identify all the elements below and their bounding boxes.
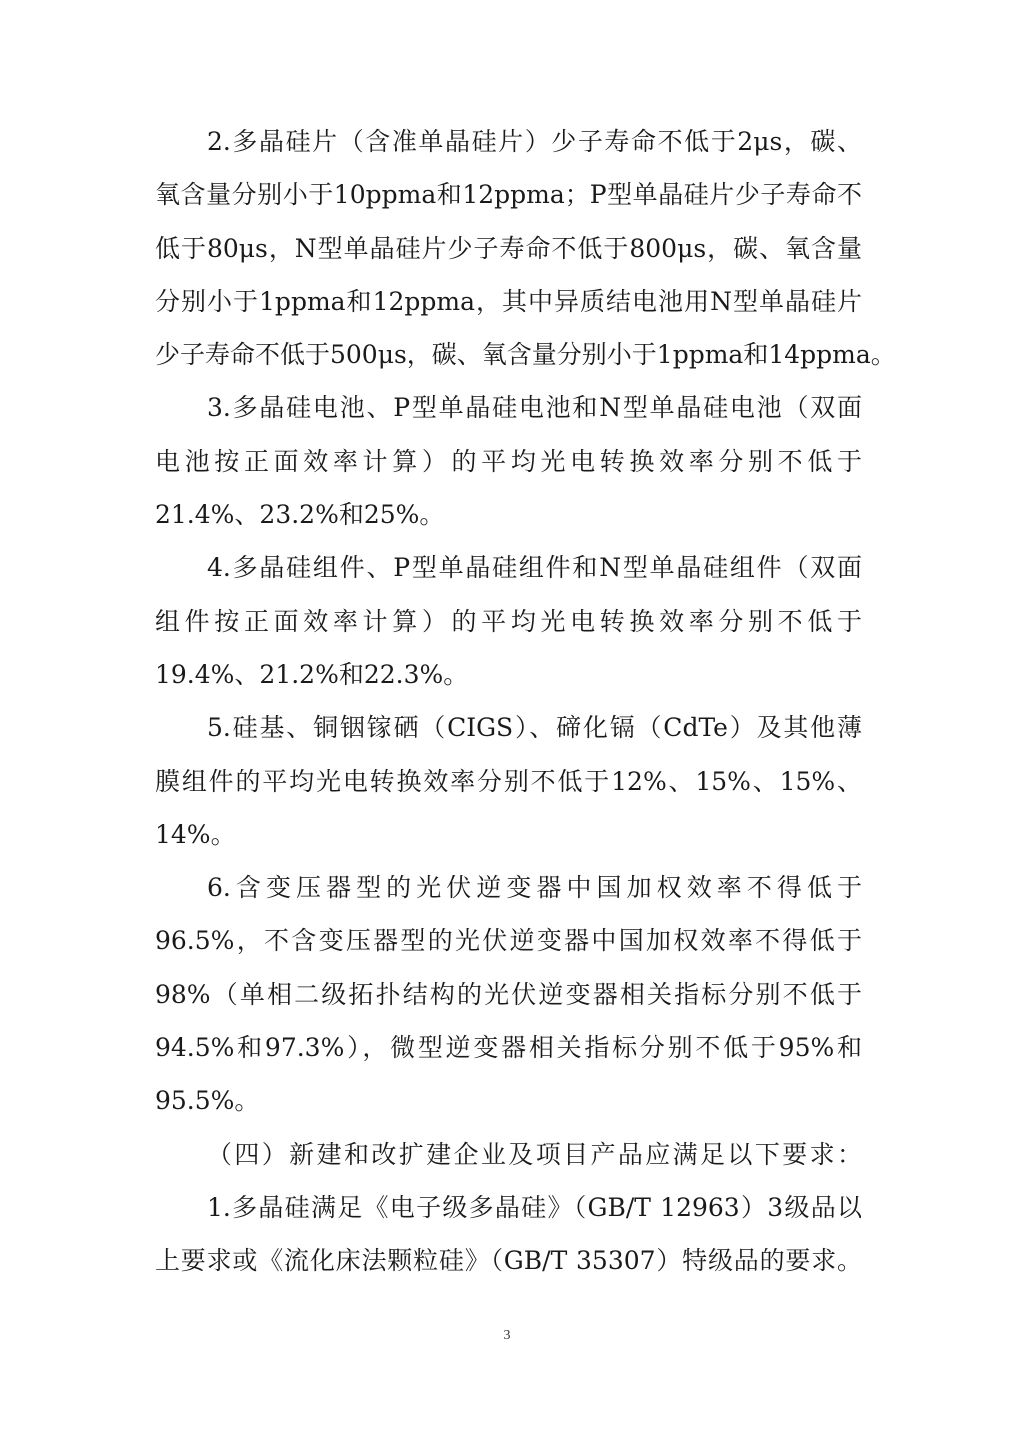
text-line: 19.4%、21.2%和22.3%。 <box>155 648 862 701</box>
text-line: 膜组件的平均光电转换效率分别不低于12%、15%、15%、 <box>155 755 862 808</box>
text-line: 氧含量分别小于10ppma和12ppma；P型单晶硅片少子寿命不 <box>155 168 862 221</box>
paragraph-inverter-efficiency: 6.含变压器型的光伏逆变器中国加权效率不得低于 96.5%，不含变压器型的光伏逆… <box>155 861 862 1127</box>
text-line: 94.5%和97.3%），微型逆变器相关指标分别不低于95%和 <box>155 1021 862 1074</box>
text-line: 14%。 <box>155 808 862 861</box>
text-line: 5.硅基、铜铟镓硒（CIGS）、碲化镉（CdTe）及其他薄 <box>155 701 862 754</box>
text-line: 98%（单相二级拓扑结构的光伏逆变器相关指标分别不低于 <box>155 968 862 1021</box>
text-line: 4.多晶硅组件、P型单晶硅组件和N型单晶硅组件（双面 <box>155 541 862 594</box>
paragraph-polysilicon-standard: 1.多晶硅满足《电子级多晶硅》（GB/T 12963）3级品以 上要求或《流化床… <box>155 1181 862 1288</box>
paragraph-module-efficiency: 4.多晶硅组件、P型单晶硅组件和N型单晶硅组件（双面 组件按正面效率计算）的平均… <box>155 541 862 701</box>
text-line: 6.含变压器型的光伏逆变器中国加权效率不得低于 <box>155 861 862 914</box>
text-line: 96.5%，不含变压器型的光伏逆变器中国加权效率不得低于 <box>155 914 862 967</box>
document-page: 2.多晶硅片（含准单晶硅片）少子寿命不低于2μs，碳、 氧含量分别小于10ppm… <box>0 0 1014 1431</box>
page-number: 3 <box>0 1328 1014 1344</box>
text-line: 3.多晶硅电池、P型单晶硅电池和N型单晶硅电池（双面 <box>155 381 862 434</box>
text-line: 21.4%、23.2%和25%。 <box>155 488 862 541</box>
text-line: 2.多晶硅片（含准单晶硅片）少子寿命不低于2μs，碳、 <box>155 115 862 168</box>
paragraph-wafer-requirements: 2.多晶硅片（含准单晶硅片）少子寿命不低于2μs，碳、 氧含量分别小于10ppm… <box>155 115 862 381</box>
text-line: 电池按正面效率计算）的平均光电转换效率分别不低于 <box>155 435 862 488</box>
text-line: （四）新建和改扩建企业及项目产品应满足以下要求： <box>155 1128 862 1181</box>
text-line: 组件按正面效率计算）的平均光电转换效率分别不低于 <box>155 595 862 648</box>
paragraph-thin-film-efficiency: 5.硅基、铜铟镓硒（CIGS）、碲化镉（CdTe）及其他薄 膜组件的平均光电转换… <box>155 701 862 861</box>
text-line: 1.多晶硅满足《电子级多晶硅》（GB/T 12963）3级品以 <box>155 1181 862 1234</box>
text-line: 95.5%。 <box>155 1074 862 1127</box>
text-line: 低于80μs，N型单晶硅片少子寿命不低于800μs，碳、氧含量 <box>155 222 862 275</box>
section-heading: （四）新建和改扩建企业及项目产品应满足以下要求： <box>155 1128 862 1181</box>
text-line: 上要求或《流化床法颗粒硅》（GB/T 35307）特级品的要求。 <box>155 1234 862 1287</box>
paragraph-cell-efficiency: 3.多晶硅电池、P型单晶硅电池和N型单晶硅电池（双面 电池按正面效率计算）的平均… <box>155 381 862 541</box>
document-body: 2.多晶硅片（含准单晶硅片）少子寿命不低于2μs，碳、 氧含量分别小于10ppm… <box>155 115 862 1288</box>
text-line: 少子寿命不低于500μs，碳、氧含量分别小于1ppma和14ppma。 <box>155 328 862 381</box>
text-line: 分别小于1ppma和12ppma，其中异质结电池用N型单晶硅片 <box>155 275 862 328</box>
